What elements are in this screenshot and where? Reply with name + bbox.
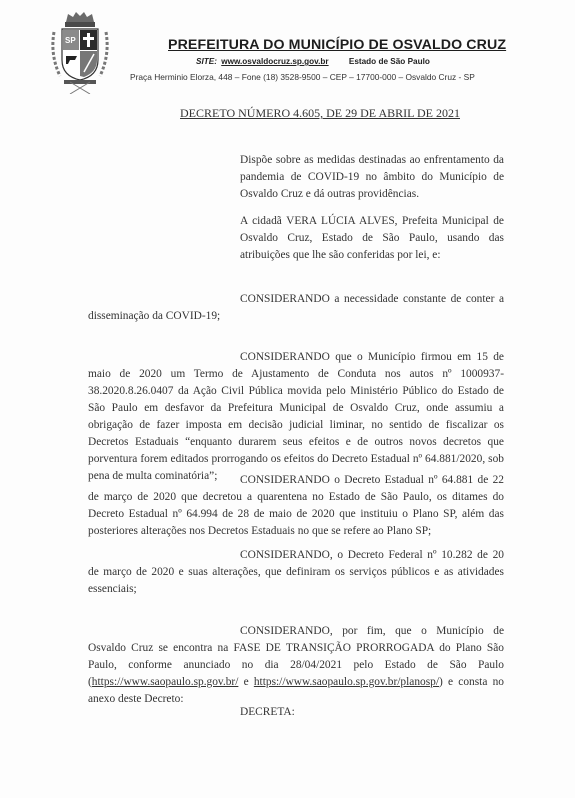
- site-label: SITE:: [196, 57, 217, 66]
- considerando-2: CONSIDERANDO que o Município firmou em 1…: [88, 349, 504, 485]
- considerando-2-first-line: CONSIDERANDO que o Município firmou em 1…: [88, 349, 504, 366]
- considerando-3-text: de março de 2020 que decretou a quarente…: [88, 491, 504, 537]
- considerando-4-text: de março de 2020 e suas alterações, que …: [88, 566, 504, 595]
- address-line: Praça Herminio Elorza, 448 – Fone (18) 3…: [130, 72, 475, 82]
- considerando-3-first-line: CONSIDERANDO o Decreto Estadual nº 64.88…: [88, 472, 504, 489]
- considerando-2-text: maio de 2020 um Termo de Ajustamento de …: [88, 368, 504, 482]
- considerando-5-text-between: e: [238, 676, 253, 688]
- site-line: SITE: www.osvaldocruz.sp.gov.br Estado d…: [196, 57, 430, 66]
- considerando-5: CONSIDERANDO, por fim, que o Município d…: [88, 623, 504, 708]
- sao-paulo-gov-link[interactable]: https://www.saopaulo.sp.gov.br/: [92, 676, 239, 688]
- considerando-1-text: disseminação da COVID-19;: [88, 310, 220, 322]
- site-link[interactable]: www.osvaldocruz.sp.gov.br: [221, 57, 328, 66]
- considerando-1-first-line: CONSIDERANDO a necessidade constante de …: [88, 291, 504, 308]
- decree-title: DECRETO NÚMERO 4.605, DE 29 DE ABRIL DE …: [180, 106, 460, 121]
- plano-sp-link[interactable]: https://www.saopaulo.sp.gov.br/planosp/: [254, 676, 439, 688]
- svg-text:SP: SP: [65, 36, 76, 45]
- decree-ementa: Dispõe sobre as medidas destinadas ao en…: [240, 152, 504, 203]
- considerando-4-first-line: CONSIDERANDO, o Decreto Federal nº 10.28…: [88, 547, 504, 564]
- considerando-4: CONSIDERANDO, o Decreto Federal nº 10.28…: [88, 547, 504, 598]
- decree-preamble: A cidadã VERA LÚCIA ALVES, Prefeita Muni…: [240, 213, 504, 264]
- considerando-1: CONSIDERANDO a necessidade constante de …: [88, 291, 504, 325]
- organization-title: PREFEITURA DO MUNICÍPIO DE OSVALDO CRUZ: [168, 37, 478, 53]
- state-name: Estado de São Paulo: [349, 57, 430, 66]
- considerando-5-first-line: CONSIDERANDO, por fim, que o Município d…: [88, 623, 504, 640]
- considerando-3: CONSIDERANDO o Decreto Estadual nº 64.88…: [88, 472, 504, 540]
- decreta-heading: DECRETA:: [240, 706, 295, 718]
- coat-of-arms-icon: SP: [46, 10, 114, 94]
